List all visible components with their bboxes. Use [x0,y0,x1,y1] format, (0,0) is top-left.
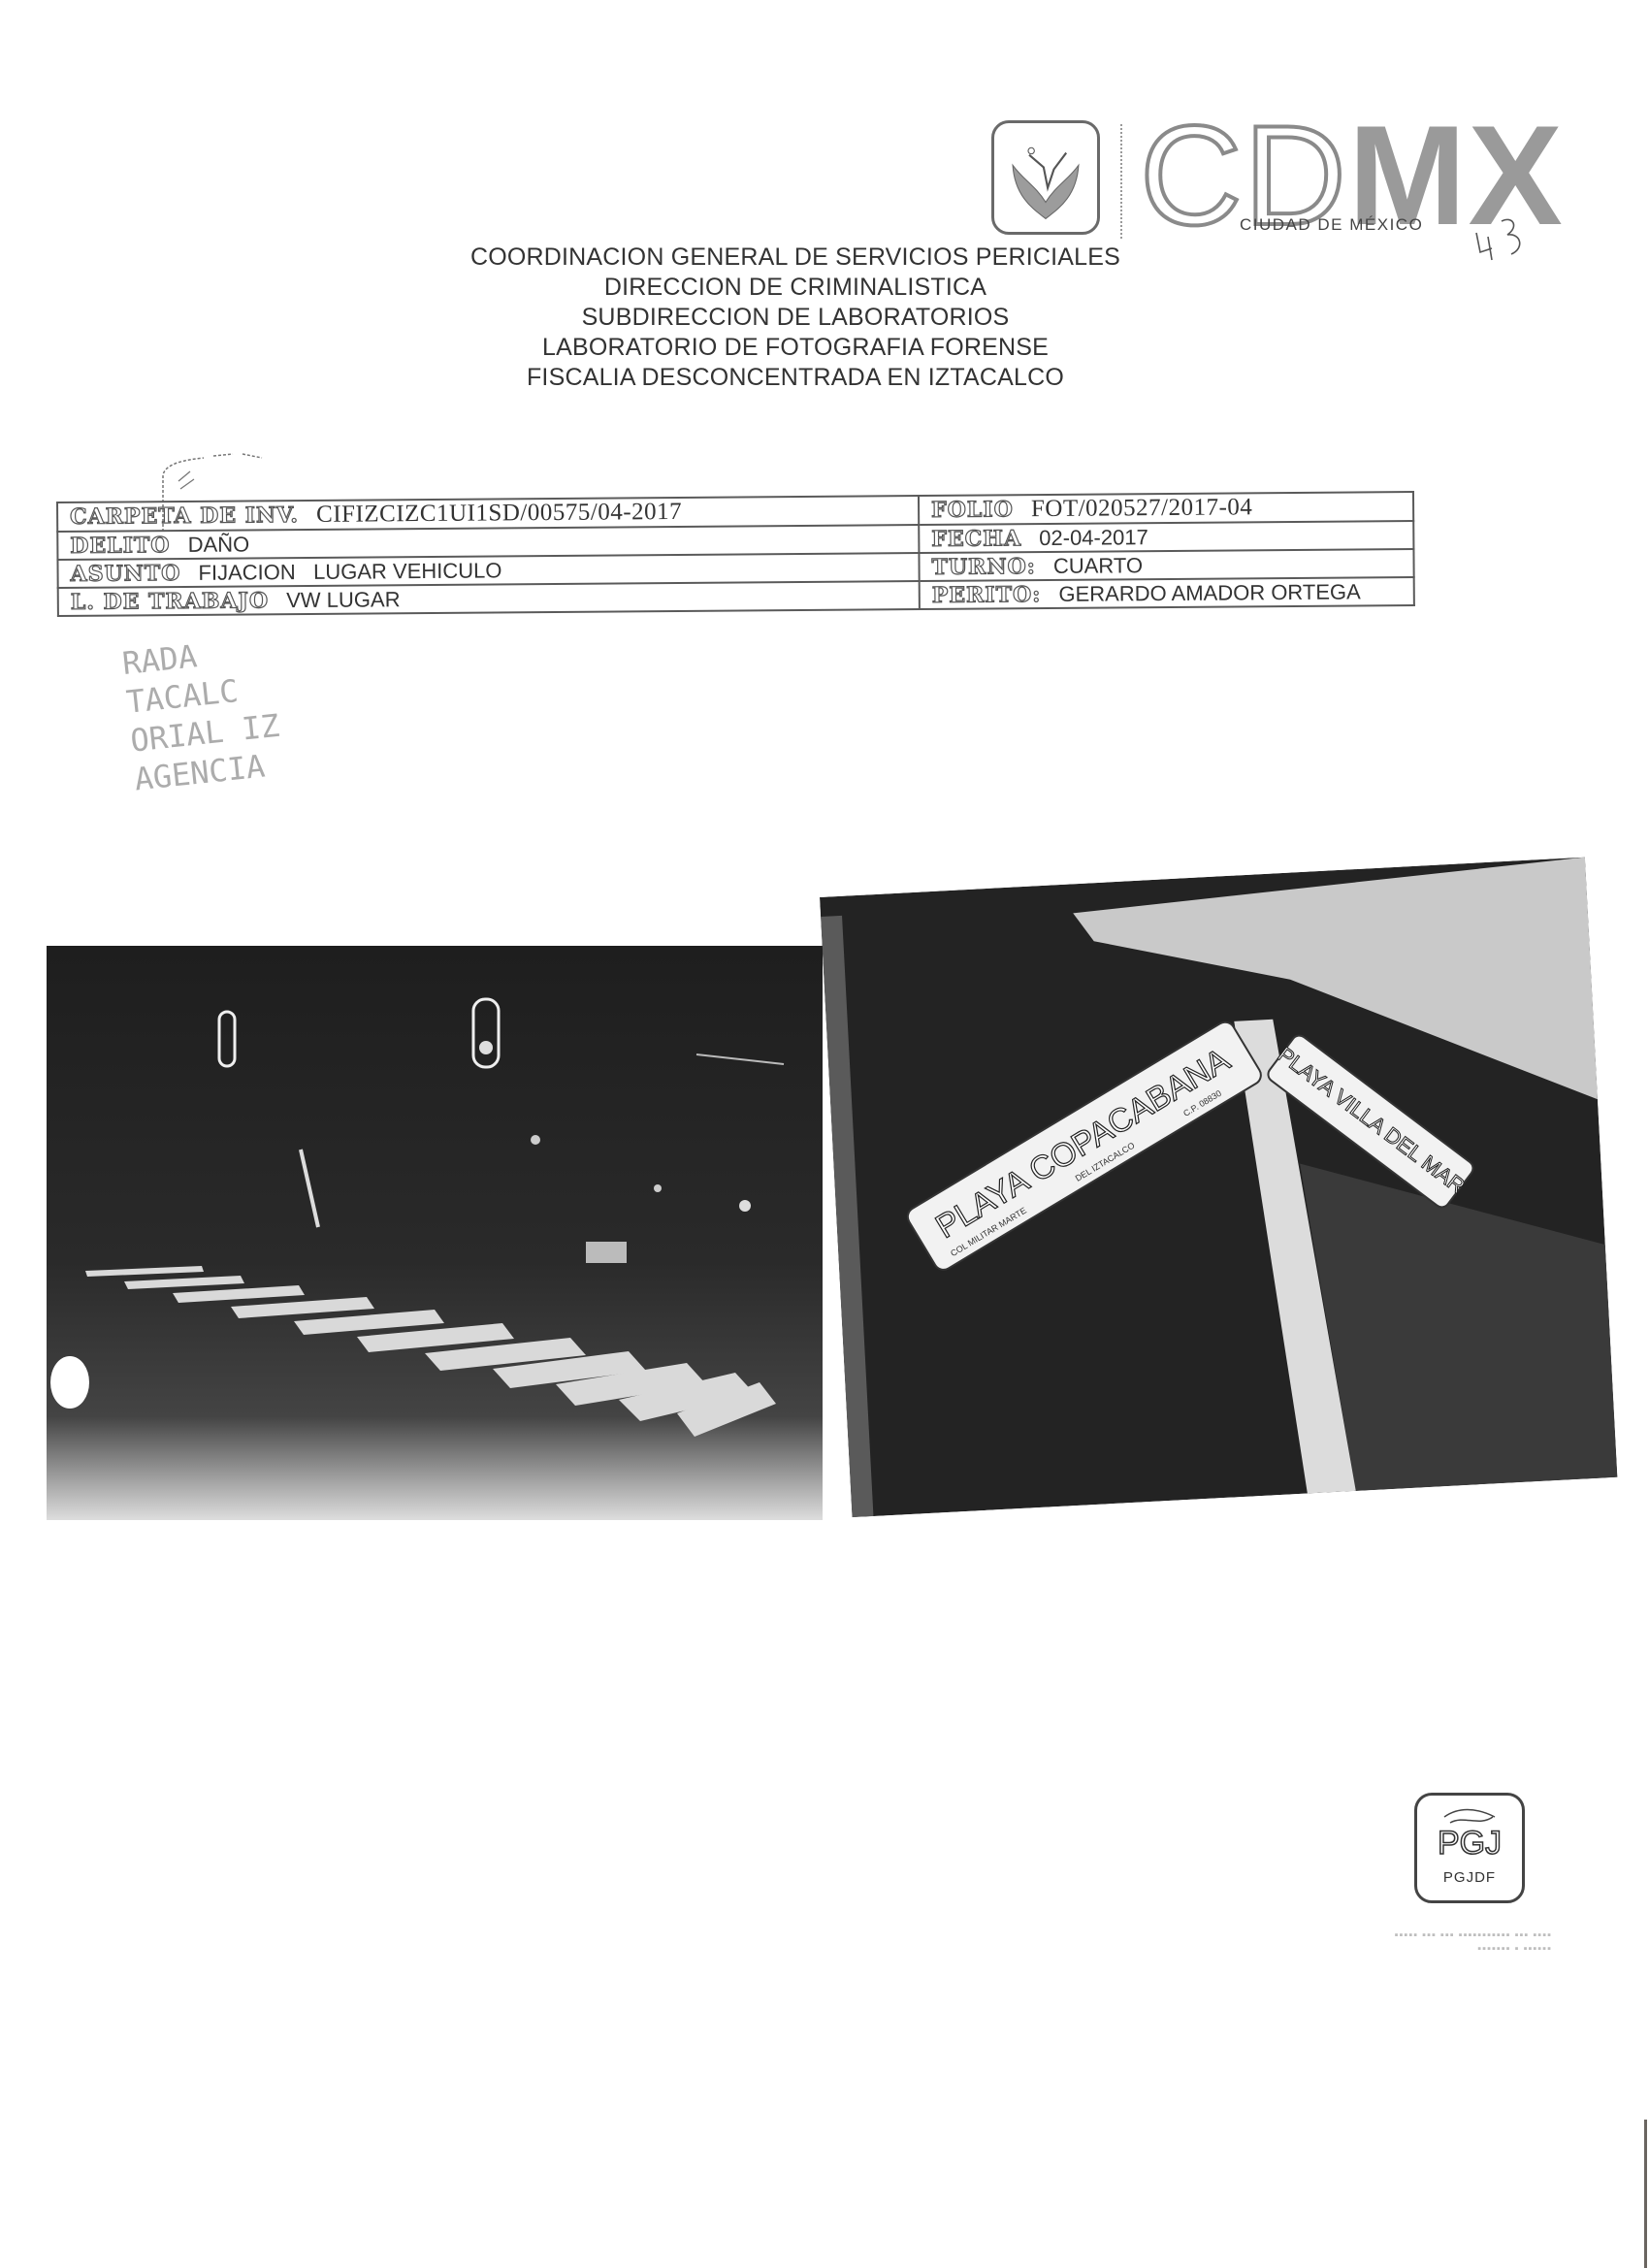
sign-copacabana-text: PLAYA COPACABANA [929,1041,1236,1246]
delito-label: DELITO [70,533,170,559]
case-info-table: CARPETA DE INV. CIFIZCIZC1UI1SD/00575/04… [56,491,1415,617]
turno-cell: TURNO: CUARTO [919,549,1413,581]
perito-value: GERARDO AMADOR ORTEGA [1058,579,1360,605]
crosswalk-scene-illustration: Night street scene with pedestrian cross… [47,946,823,1520]
cdmx-subtitle: CIUDAD DE MÉXICO [1240,215,1423,235]
trabajo-cell: L. DE TRABAJO VW LUGAR [58,581,920,616]
eagle-emblem-icon [994,123,1097,232]
header-line-subdirection: SUBDIRECCION DE LABORATORIOS [369,303,1222,333]
perito-cell: PERITO: GERARDO AMADOR ORTEGA [920,577,1414,609]
document-header: COORDINACION GENERAL DE SERVICIOS PERICI… [369,243,1222,393]
handwritten-page-number: 43 [1472,211,1531,270]
street-sign-illustration: PLAYA COPACABANA COL MILITAR MARTE DEL I… [820,858,1617,1517]
folio-label: FOLIO [931,497,1014,523]
crosswalk-photo: Night street scene with pedestrian cross… [47,946,823,1520]
cdmx-crest-logo [991,120,1100,235]
asunto-label: ASUNTO [70,560,180,586]
pgjdf-logo: PGJ PGJDF [1414,1793,1525,1903]
perito-label: PERITO: [932,582,1042,608]
fecha-label: FECHA [931,526,1021,552]
header-line-fiscalia: FISCALIA DESCONCENTRADA EN IZTACALCO [369,363,1222,393]
carpeta-value: CIFIZCIZC1UI1SD/00575/04-2017 [316,499,682,528]
trabajo-value: VW LUGAR [286,587,401,612]
asunto-value: FIJACION LUGAR VEHICULO [198,558,501,584]
turno-value: CUARTO [1053,553,1143,578]
header-line-direction: DIRECCION DE CRIMINALISTICA [369,273,1222,303]
delito-value: DAÑO [188,532,250,556]
folio-value: FOT/020527/2017-04 [1031,494,1253,522]
wave-emblem-icon [1440,1805,1499,1829]
header-line-coordination: COORDINACION GENERAL DE SERVICIOS PERICI… [369,243,1222,273]
street-sign-photo: PLAYA COPACABANA COL MILITAR MARTE DEL I… [820,858,1617,1517]
faint-footer-text: ▪▪▪▪▪ ▪▪▪ ▪▪▪ ▪▪▪▪▪▪▪▪▪▪▪ ▪▪▪ ▪▪▪▪▪▪▪▪▪▪… [1135,1928,1552,1956]
agency-stamp: RADA TACALC ORIAL IZ AGENCIA [120,628,301,799]
carpeta-label: CARPETA DE INV. [70,502,299,530]
folio-cell: FOLIO FOT/020527/2017-04 [919,492,1413,525]
trabajo-label: L. DE TRABAJO [71,588,269,615]
header-line-laboratory: LABORATORIO DE FOTOGRAFIA FORENSE [369,333,1222,363]
turno-label: TURNO: [931,554,1035,580]
punch-hole [50,1356,89,1409]
scan-edge-line [1644,2120,1647,2268]
logo-divider [1120,124,1122,239]
fecha-cell: FECHA 02-04-2017 [919,521,1413,553]
fecha-value: 02-04-2017 [1039,525,1148,550]
